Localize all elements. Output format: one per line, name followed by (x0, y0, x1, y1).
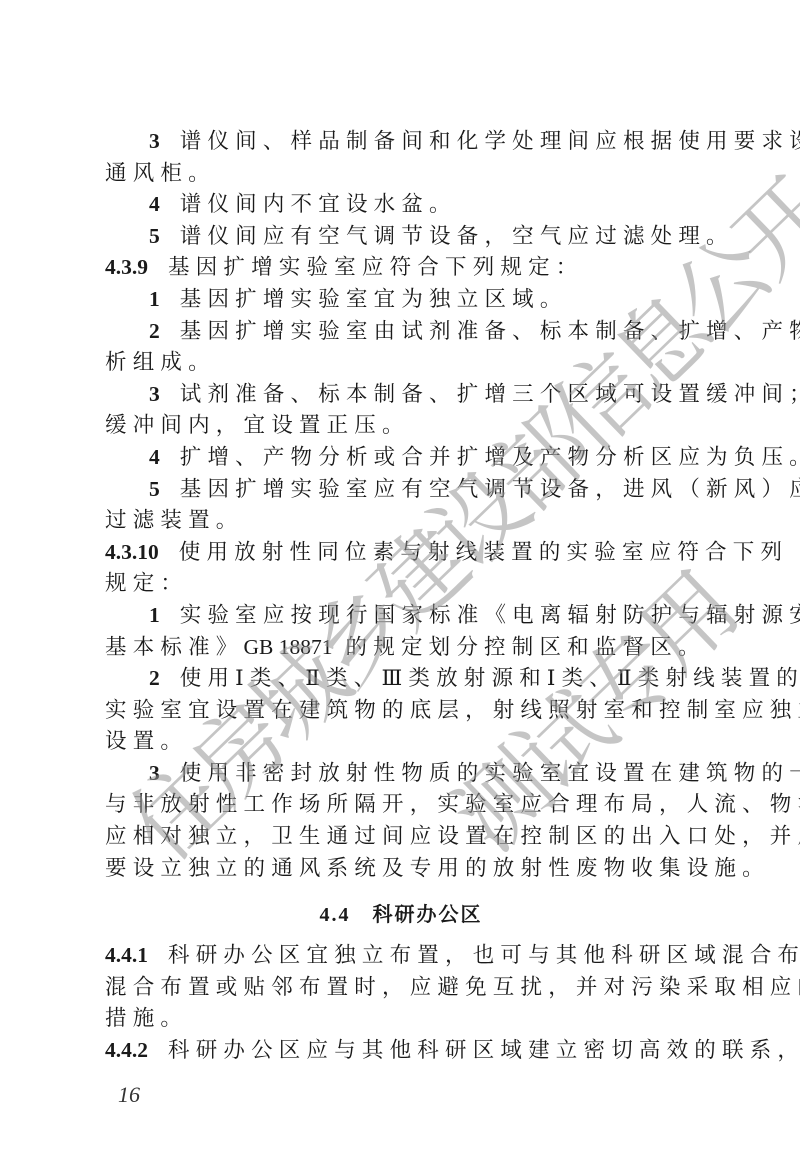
continuation-text: 应相对独立，卫生通过间应设置在控制区的出入口处，并应按需 (105, 824, 800, 849)
clause-text: 基因扩增实验室应符合下列规定： (168, 255, 584, 280)
item-number: 3 (149, 379, 160, 411)
document-page: 3谱仪间、样品制备间和化学处理间应根据使用要求设置 通风柜。 4谱仪间内不宜设水… (0, 0, 800, 1158)
clause-number: 4.3.10 (105, 537, 159, 569)
continuation-text: 规定： (105, 571, 188, 596)
item-text: 谱仪间、样品制备间和化学处理间应根据使用要求设置 (180, 129, 800, 154)
page-number: 16 (118, 1082, 140, 1108)
clause-4-4-2: 4.4.2科研办公区应与其他科研区域建立密切高效的联系，宜 (105, 1035, 697, 1067)
item-number: 5 (149, 474, 160, 506)
item-number: 1 (149, 284, 160, 316)
item-text: 基因扩增实验室应有空气调节设备，进风（新风）应设 (180, 477, 800, 502)
item-text: 试剂准备、标本制备、扩增三个区域可设置缓冲间；在 (180, 382, 800, 407)
continuation-text: 要设立独立的通风系统及专用的放射性废物收集设施。 (105, 856, 770, 881)
item-number: 4 (149, 189, 160, 221)
item-text: 实验室应按现行国家标准《电离辐射防护与辐射源安全 (180, 603, 800, 628)
item-number: 5 (149, 221, 160, 253)
item-number: 3 (149, 758, 160, 790)
list-item: 5谱仪间应有空气调节设备，空气应过滤处理。 (105, 221, 697, 253)
page-body: 3谱仪间、样品制备间和化学处理间应根据使用要求设置 通风柜。 4谱仪间内不宜设水… (105, 126, 697, 1067)
clause-text: 使用放射性同位素与射线装置的实验室应符合下列 (179, 540, 788, 565)
section-number: 4.4 (320, 904, 351, 926)
list-item: 3谱仪间、样品制备间和化学处理间应根据使用要求设置 (105, 126, 697, 158)
list-item: 3使用非密封放射性物质的实验室宜设置在建筑物的一侧， (105, 758, 697, 790)
paragraph-continuation: 实验室宜设置在建筑物的底层，射线照射室和控制室应独立分开 (105, 695, 697, 727)
clause-4-3-10: 4.3.10使用放射性同位素与射线装置的实验室应符合下列 (105, 537, 697, 569)
item-text: 谱仪间应有空气调节设备，空气应过滤处理。 (180, 224, 734, 249)
continuation-text: 措施。 (105, 1006, 188, 1031)
paragraph-continuation: 通风柜。 (105, 158, 697, 190)
item-text: 基因扩增实验室由试剂准备、标本制备、扩增、产物分 (180, 319, 800, 344)
item-number: 1 (149, 600, 160, 632)
clause-4-4-1: 4.4.1科研办公区宜独立布置，也可与其他科研区域混合布置。 (105, 940, 697, 972)
item-text: 使用Ⅰ类、Ⅱ类、Ⅲ类放射源和Ⅰ类、Ⅱ类射线装置的 (180, 666, 800, 691)
item-number: 2 (149, 316, 160, 348)
list-item: 4谱仪间内不宜设水盆。 (105, 189, 697, 221)
list-item: 4扩增、产物分析或合并扩增及产物分析区应为负压。 (105, 442, 697, 474)
item-text: 谱仪间内不宜设水盆。 (180, 192, 457, 217)
continuation-text: 缓冲间内，宜设置正压。 (105, 413, 410, 438)
continuation-text: 过滤装置。 (105, 508, 244, 533)
clause-text: 科研办公区应与其他科研区域建立密切高效的联系，宜 (168, 1038, 800, 1063)
continuation-text: 与非放射性工作场所隔开，实验室应合理布局，人流、物流通道 (105, 792, 800, 817)
list-item: 2使用Ⅰ类、Ⅱ类、Ⅲ类放射源和Ⅰ类、Ⅱ类射线装置的 (105, 663, 697, 695)
paragraph-continuation: 应相对独立，卫生通过间应设置在控制区的出入口处，并应按需 (105, 821, 697, 853)
clause-text: 科研办公区宜独立布置，也可与其他科研区域混合布置。 (168, 943, 800, 968)
list-item: 1实验室应按现行国家标准《电离辐射防护与辐射源安全 (105, 600, 697, 632)
paragraph-continuation: 规定： (105, 568, 697, 600)
paragraph-continuation: 混合布置或贴邻布置时，应避免互扰，并对污染采取相应的防治 (105, 972, 697, 1004)
continuation-text: 混合布置或贴邻布置时，应避免互扰，并对污染采取相应的防治 (105, 975, 800, 1000)
paragraph-continuation: 与非放射性工作场所隔开，实验室应合理布局，人流、物流通道 (105, 789, 697, 821)
continuation-text: 实验室宜设置在建筑物的底层，射线照射室和控制室应独立分开 (105, 698, 800, 723)
section-heading: 4.4科研办公区 (105, 890, 697, 938)
continuation-text: 通风柜。 (105, 161, 216, 186)
paragraph-continuation: 措施。 (105, 1003, 697, 1035)
paragraph-continuation: 基本标准》GB 18871 的规定划分控制区和监督区。 (105, 632, 697, 664)
item-number: 2 (149, 663, 160, 695)
item-number: 4 (149, 442, 160, 474)
item-text: 基因扩增实验室宜为独立区域。 (180, 287, 568, 312)
clause-number: 4.4.2 (105, 1035, 148, 1067)
clause-number: 4.3.9 (105, 252, 148, 284)
paragraph-continuation: 缓冲间内，宜设置正压。 (105, 410, 697, 442)
section-title: 科研办公区 (373, 902, 483, 926)
paragraph-continuation: 设置。 (105, 726, 697, 758)
item-number: 3 (149, 126, 160, 158)
item-text: 使用非密封放射性物质的实验室宜设置在建筑物的一侧， (180, 761, 800, 786)
item-text: 扩增、产物分析或合并扩增及产物分析区应为负压。 (180, 445, 800, 470)
list-item: 2基因扩增实验室由试剂准备、标本制备、扩增、产物分 (105, 316, 697, 348)
paragraph-continuation: 过滤装置。 (105, 505, 697, 537)
clause-4-3-9: 4.3.9基因扩增实验室应符合下列规定： (105, 252, 697, 284)
continuation-text: 的规定划分控制区和监督区。 (333, 635, 706, 660)
list-item: 1基因扩增实验室宜为独立区域。 (105, 284, 697, 316)
continuation-text: 基本标准》 (105, 635, 244, 660)
list-item: 3试剂准备、标本制备、扩增三个区域可设置缓冲间；在 (105, 379, 697, 411)
continuation-text: 设置。 (105, 729, 188, 754)
standard-code: GB 18871 (244, 635, 333, 659)
list-item: 5基因扩增实验室应有空气调节设备，进风（新风）应设 (105, 474, 697, 506)
paragraph-continuation: 析组成。 (105, 347, 697, 379)
clause-number: 4.4.1 (105, 940, 148, 972)
continuation-text: 析组成。 (105, 350, 216, 375)
paragraph-continuation: 要设立独立的通风系统及专用的放射性废物收集设施。 (105, 853, 697, 885)
